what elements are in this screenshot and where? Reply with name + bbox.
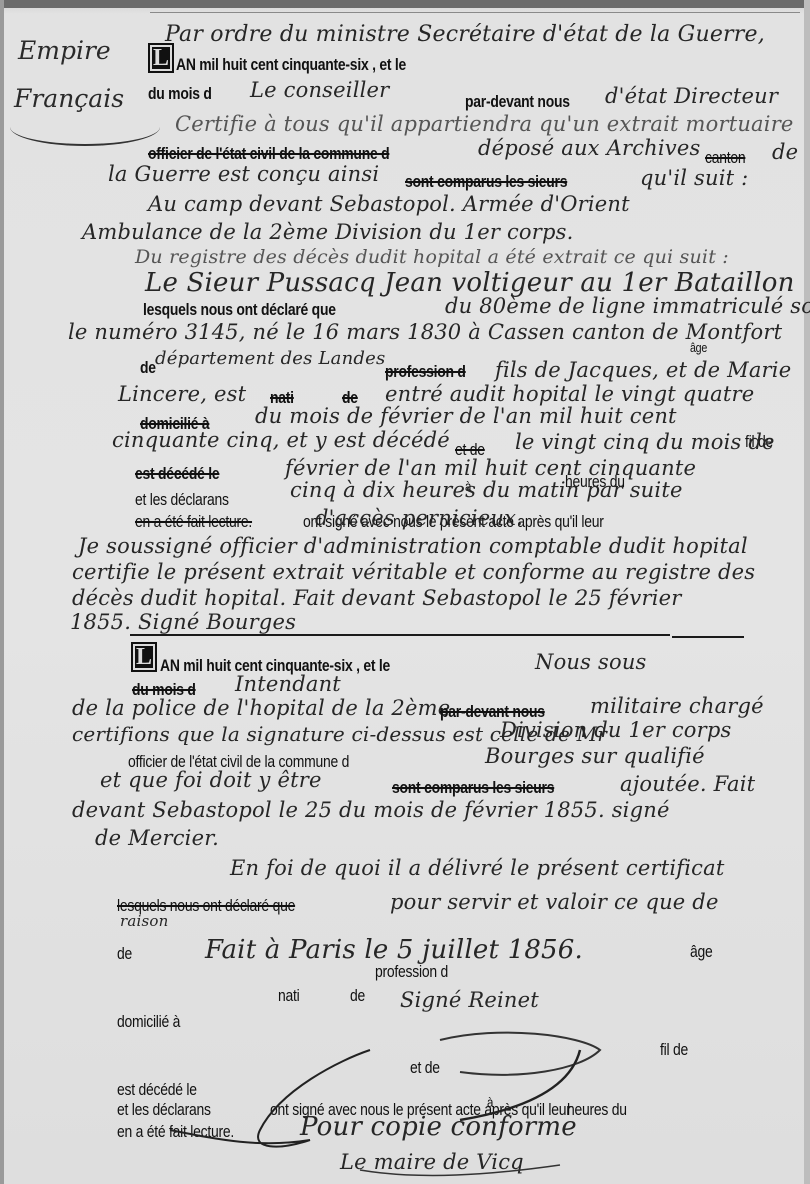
printed-profession-1: profession d (385, 362, 466, 382)
printed-nati-2: nati (278, 986, 299, 1006)
page-top-rule (150, 12, 800, 13)
printed-lesquels-1: lesquels nous ont déclaré que (143, 300, 336, 320)
hand-signe-reinet: Signé Reinet (400, 988, 539, 1012)
hand-lincere: Lincere, est (118, 382, 246, 406)
hand-bourges-qualifie: Bourges sur qualifié (485, 744, 705, 768)
hand-fevrier-1855: février de l'an mil huit cent cinquante (285, 456, 696, 480)
printed-declarans-1: et les déclarans (135, 490, 229, 510)
margin-empire: Empire (18, 36, 111, 65)
hand-pour-servir: pour servir et valoir ce que de (390, 890, 719, 914)
hand-fils-de-jacques: fils de Jacques, et de Marie (495, 358, 791, 382)
hand-et-que-foi: et que foi doit y être (100, 768, 322, 792)
printed-comparus-2: sont comparus les sieurs (392, 778, 554, 798)
hand-de: de (772, 140, 798, 164)
hand-certifie-present: certifie le présent extrait véritable et… (72, 560, 755, 584)
hand-cinquante-cinq: cinquante cinq, et y est décédé (112, 428, 450, 452)
hand-cinq-dix-heures: cinq à dix heures du matin par suite (290, 478, 683, 502)
hand-la-guerre: la Guerre est conçu ainsi (108, 162, 379, 186)
hand-quil-suit: qu'il suit : (640, 166, 748, 190)
printed-year-line-1: AN mil huit cent cinquante-six , et le (176, 55, 406, 75)
hand-entre-audit: entré audit hopital le vingt quatre (385, 382, 754, 406)
printed-par-devant-1: par-devant nous (465, 92, 570, 112)
hand-au-camp: Au camp devant Sebastopol. Armée d'Orien… (148, 192, 630, 216)
hand-deces-dudit: décès dudit hopital. Fait devant Sebasto… (72, 586, 682, 610)
printed-de-2: de (117, 944, 132, 964)
printed-officier-1: officier de l'état civil de la commune d (148, 144, 389, 164)
hand-raison: raison (120, 912, 169, 930)
hand-de-mercier: de Mercier. (95, 826, 219, 850)
printed-de2-2: de (350, 986, 365, 1006)
hand-acces-pernicieux: d'accès pernicieux. (315, 506, 523, 530)
separator-rule (130, 634, 670, 636)
hand-signe-bourges: 1855. Signé Bourges (70, 610, 296, 634)
printed-fil-de-2: fil de (660, 1040, 688, 1060)
scan-left-edge (0, 0, 4, 1184)
hand-le-conseiller: Le conseiller (250, 78, 389, 102)
hand-80-ligne: du 80ème de ligne immatriculé sous (445, 294, 810, 318)
hand-intendant: Intendant (235, 672, 341, 696)
printed-age-2: âge (690, 942, 713, 962)
dropcap-1: L (148, 43, 174, 73)
hand-depose-archives: déposé aux Archives (478, 136, 700, 160)
hand-departement: département des Landes (155, 348, 385, 369)
printed-domicilie-2: domicilié à (117, 1012, 180, 1032)
hand-ajoutee-fait: ajoutée. Fait (620, 772, 755, 796)
scan-right-edge (804, 0, 810, 1184)
printed-decede-1: est décédé le (135, 464, 219, 484)
hand-je-soussigne: Je soussigné officier d'administration c… (78, 534, 748, 558)
hand-du-registre: Du registre des décès dudit hopital a ét… (135, 246, 729, 268)
printed-month-line-1: du mois d (148, 84, 212, 104)
hand-ambulance: Ambulance de la 2ème Division du 1er cor… (82, 220, 574, 244)
hand-etat-directeur: d'état Directeur (605, 84, 778, 108)
hand-de-la-police: de la police de l'hopital de la 2ème (72, 696, 450, 720)
hand-numero: le numéro 3145, né le 16 mars 1830 à Cas… (68, 320, 782, 344)
printed-canton-1: canton (705, 148, 745, 168)
hand-fait-a-paris: Fait à Paris le 5 juillet 1856. (205, 935, 583, 965)
printed-lecture-1: en a été fait lecture. (135, 512, 252, 532)
header-hand: Par ordre du ministre Secrétaire d'état … (165, 22, 765, 47)
scan-top-edge (0, 0, 810, 8)
printed-age-1: âge (690, 340, 707, 355)
hand-en-foi-de-quoi: En foi de quoi il a délivré le présent c… (230, 856, 724, 880)
hand-certifions: certifions que la signature ci-dessus es… (72, 722, 607, 746)
printed-comparus-1: sont comparus les sieurs (405, 172, 567, 192)
margin-flourish (10, 108, 160, 146)
hand-nous-sous: Nous sous (535, 650, 647, 674)
dropcap-2: L (131, 642, 157, 672)
document-page: Empire Français Par ordre du ministre Se… (0, 0, 810, 1184)
printed-profession-2: profession d (375, 962, 448, 982)
hand-vingt-cinq: le vingt cinq du mois de (515, 430, 775, 454)
hand-militaire-charge: militaire chargé (590, 694, 764, 718)
hand-certifie: Certifie à tous qu'il appartiendra qu'un… (175, 112, 794, 136)
hand-devant-sebastopol: devant Sebastopol le 25 du mois de févri… (72, 798, 670, 822)
separator-rule-2 (672, 636, 744, 638)
printed-de-1: de (140, 358, 156, 378)
hand-du-mois-fevrier: du mois de février de l'an mil huit cent (255, 404, 677, 428)
signature-flourish-icon (160, 1030, 620, 1180)
